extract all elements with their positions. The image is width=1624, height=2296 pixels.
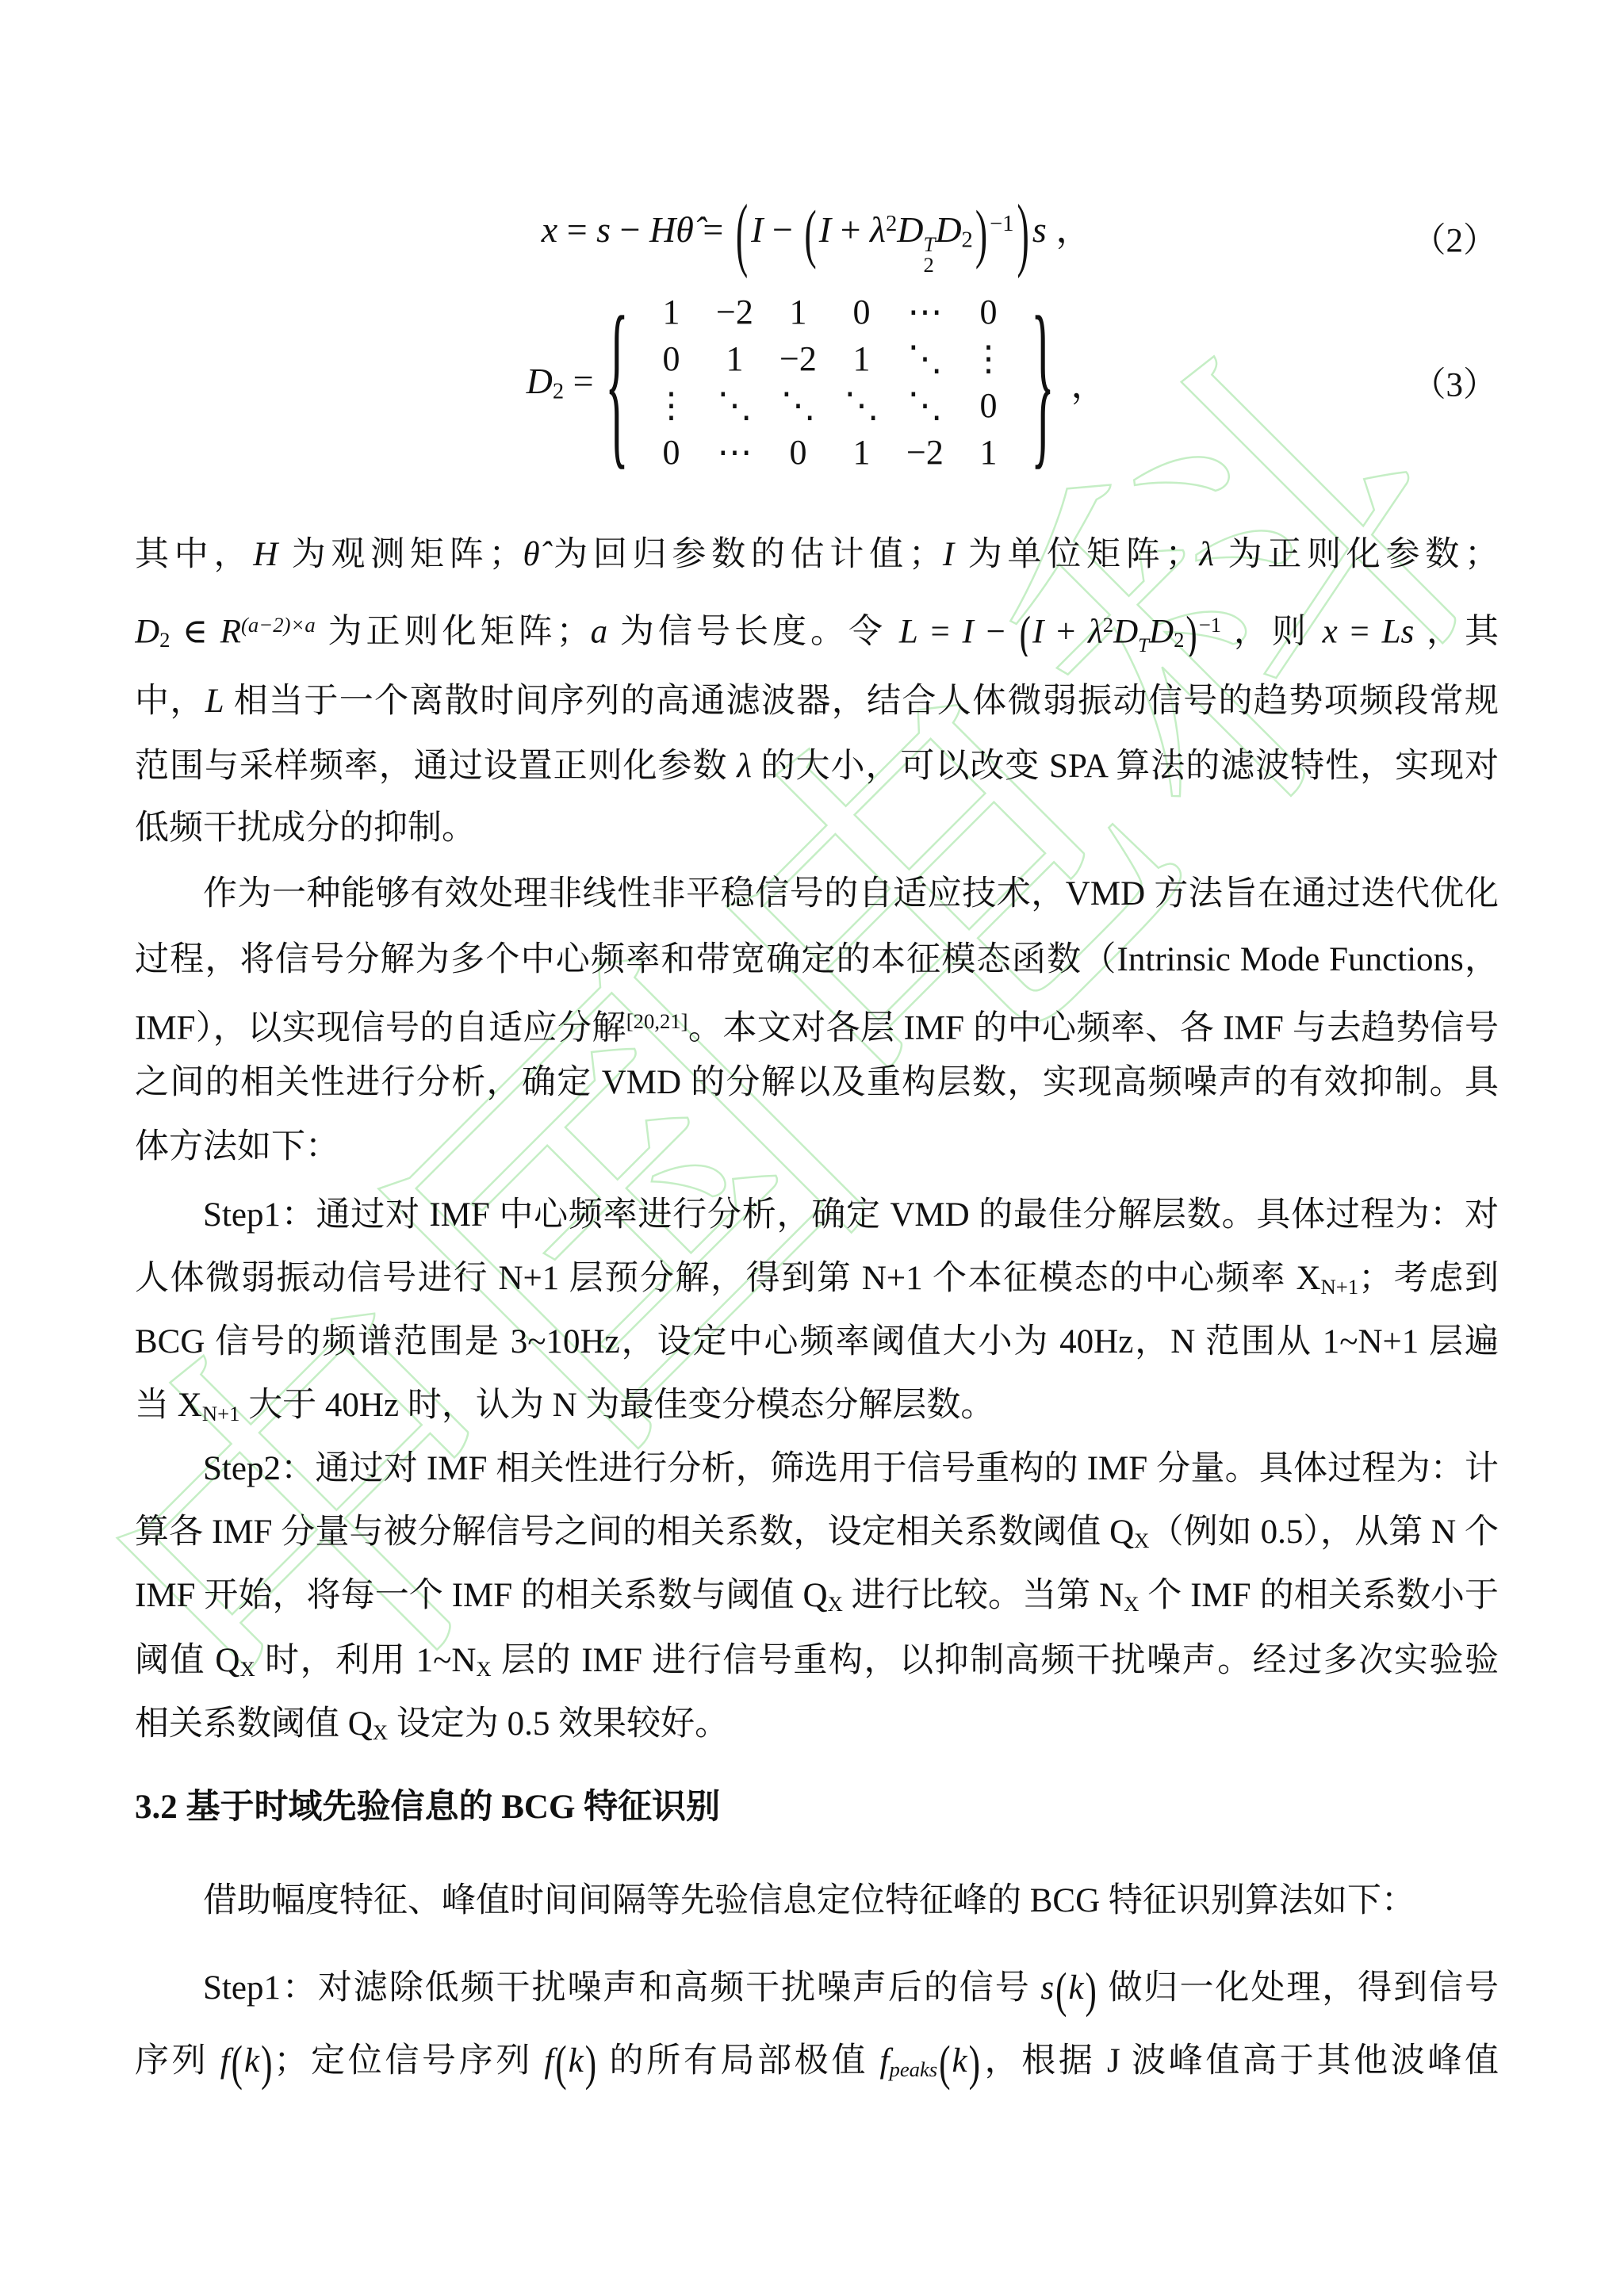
matrix-cell: −2 <box>703 289 766 335</box>
text-line: 作为一种能够有效处理非线性非平稳信号的自适应技术，VMD 方法旨在通过迭代优化 <box>135 863 1499 926</box>
text-line: Step2：通过对 IMF 相关性进行分析，筛选用于信号重构的 IMF 分量。具… <box>135 1437 1499 1501</box>
text-line: Step1：对滤除低频干扰噪声和高频干扰噪声后的信号 s(k) 做归一化处理，得… <box>135 1957 1499 2020</box>
matrix-cell: 1 <box>829 429 893 476</box>
manuscript-page: 中国电科 x = s − Hθ̂ = (I − (I + λ2DT2D2)−1)… <box>0 0 1624 2296</box>
text-line: BCG 信号的频谱范围是 3~10Hz，设定中心频率阈值大小为 40Hz，N 范… <box>135 1311 1499 1374</box>
text-line: 低频干扰成分的抑制。 <box>135 797 1499 860</box>
matrix-cell: ⋱ <box>766 382 829 429</box>
matrix-cell: ⋱ <box>829 382 893 429</box>
matrix-lhs: D2 = <box>527 360 594 404</box>
text-line: 阈值 QX 时，利用 1~NX 层的 IMF 进行信号重构，以抑制高频干扰噪声。… <box>135 1629 1499 1693</box>
matrix-cell: 0 <box>639 335 703 382</box>
matrix-cell: ⋮ <box>639 382 703 429</box>
matrix-cell: ⋮ <box>956 335 1020 382</box>
text-line: 序列 f(k)；定位信号序列 f(k) 的所有局部极值 fpeaks(k)，根据… <box>135 2030 1499 2093</box>
text-line: D2 ∈ R(a−2)×a 为正则化矩阵；a 为信号长度。令 L = I − (… <box>135 593 1499 656</box>
matrix-cell: ⋯ <box>893 289 956 335</box>
matrix-cell: ⋱ <box>703 382 766 429</box>
matrix-cell: ⋱ <box>893 382 956 429</box>
matrix-cell: −2 <box>766 335 829 382</box>
matrix-cell: −2 <box>893 429 956 476</box>
equation-3-label: （3） <box>1412 358 1498 407</box>
matrix-cell: ⋯ <box>703 429 766 476</box>
matrix-close-brace: } <box>1032 289 1055 476</box>
text-line: IMF 开始，将每一个 IMF 的相关系数与阈值 QX 进行比较。当第 NX 个… <box>135 1564 1499 1628</box>
section-heading: 3.2 基于时域先验信息的 BCG 特征识别 <box>135 1776 1499 1839</box>
matrix-cell: 0 <box>829 289 893 335</box>
text-line: 借助幅度特征、峰值时间间隔等先验信息定位特征峰的 BCG 特征识别算法如下： <box>135 1869 1499 1933</box>
text-line: 算各 IMF 分量与被分解信号之间的相关系数，设定相关系数阈值 QX（例如 0.… <box>135 1501 1499 1564</box>
matrix-cell: 0 <box>956 382 1020 429</box>
equation-2: x = s − Hθ̂ = (I − (I + λ2DT2D2)−1)s ， （… <box>135 190 1499 285</box>
text-line: 范围与采样频率，通过设置正则化参数 λ 的大小，可以改变 SPA 算法的滤波特性… <box>135 735 1499 798</box>
text-line: 其中，H 为观测矩阵；θ̂ 为回归参数的估计值；I 为单位矩阵；λ 为正则化参数… <box>135 523 1499 587</box>
text-line: 相关系数阈值 QX 设定为 0.5 效果较好。 <box>135 1693 1499 1756</box>
text-line: 之间的相关性进行分析，确定 VMD 的分解以及重构层数，实现高频噪声的有效抑制。… <box>135 1051 1499 1115</box>
matrix-grid: 1−210⋯001−21⋱⋮⋮⋱⋱⋱⋱00⋯01−21 <box>639 289 1020 476</box>
text-line: 中，L 相当于一个离散时间序列的高通滤波器，结合人体微弱振动信号的趋势项频段常规 <box>135 670 1499 733</box>
equation-2-formula: x = s − Hθ̂ = (I − (I + λ2DT2D2)−1)s ， <box>542 201 1092 275</box>
text-line: IMF），以实现信号的自适应分解[20,21]。本文对各层 IMF 的中心频率、… <box>135 989 1499 1053</box>
text-line: 体方法如下： <box>135 1115 1499 1179</box>
matrix-cell: 1 <box>829 335 893 382</box>
matrix-cell: 0 <box>639 429 703 476</box>
matrix-cell: 1 <box>639 289 703 335</box>
matrix-cell: 1 <box>703 335 766 382</box>
matrix-comma: ， <box>1071 356 1107 408</box>
equation-3: D2 = { 1−210⋯001−21⋱⋮⋮⋱⋱⋱⋱00⋯01−21 } ， （… <box>135 279 1499 485</box>
matrix-cell: 1 <box>956 429 1020 476</box>
equation-3-formula: D2 = { 1−210⋯001−21⋱⋮⋮⋱⋱⋱⋱00⋯01−21 } ， <box>527 289 1108 476</box>
matrix-cell: 0 <box>766 429 829 476</box>
text-line: 过程，将信号分解为多个中心频率和带宽确定的本征模态函数（Intrinsic Mo… <box>135 928 1499 992</box>
matrix-cell: ⋱ <box>893 335 956 382</box>
matrix-cell: 1 <box>766 289 829 335</box>
text-line: Step1：通过对 IMF 中心频率进行分析，确定 VMD 的最佳分解层数。具体… <box>135 1184 1499 1247</box>
text-line: 当 XN+1 大于 40Hz 时，认为 N 为最佳变分模态分解层数。 <box>135 1374 1499 1437</box>
matrix-cell: 0 <box>956 289 1020 335</box>
equation-2-label: （2） <box>1412 214 1498 262</box>
matrix-open-brace: { <box>605 289 629 476</box>
text-line: 人体微弱振动信号进行 N+1 层预分解，得到第 N+1 个本征模态的中心频率 X… <box>135 1247 1499 1311</box>
page-content: x = s − Hθ̂ = (I − (I + λ2DT2D2)−1)s ， （… <box>135 0 1499 2296</box>
